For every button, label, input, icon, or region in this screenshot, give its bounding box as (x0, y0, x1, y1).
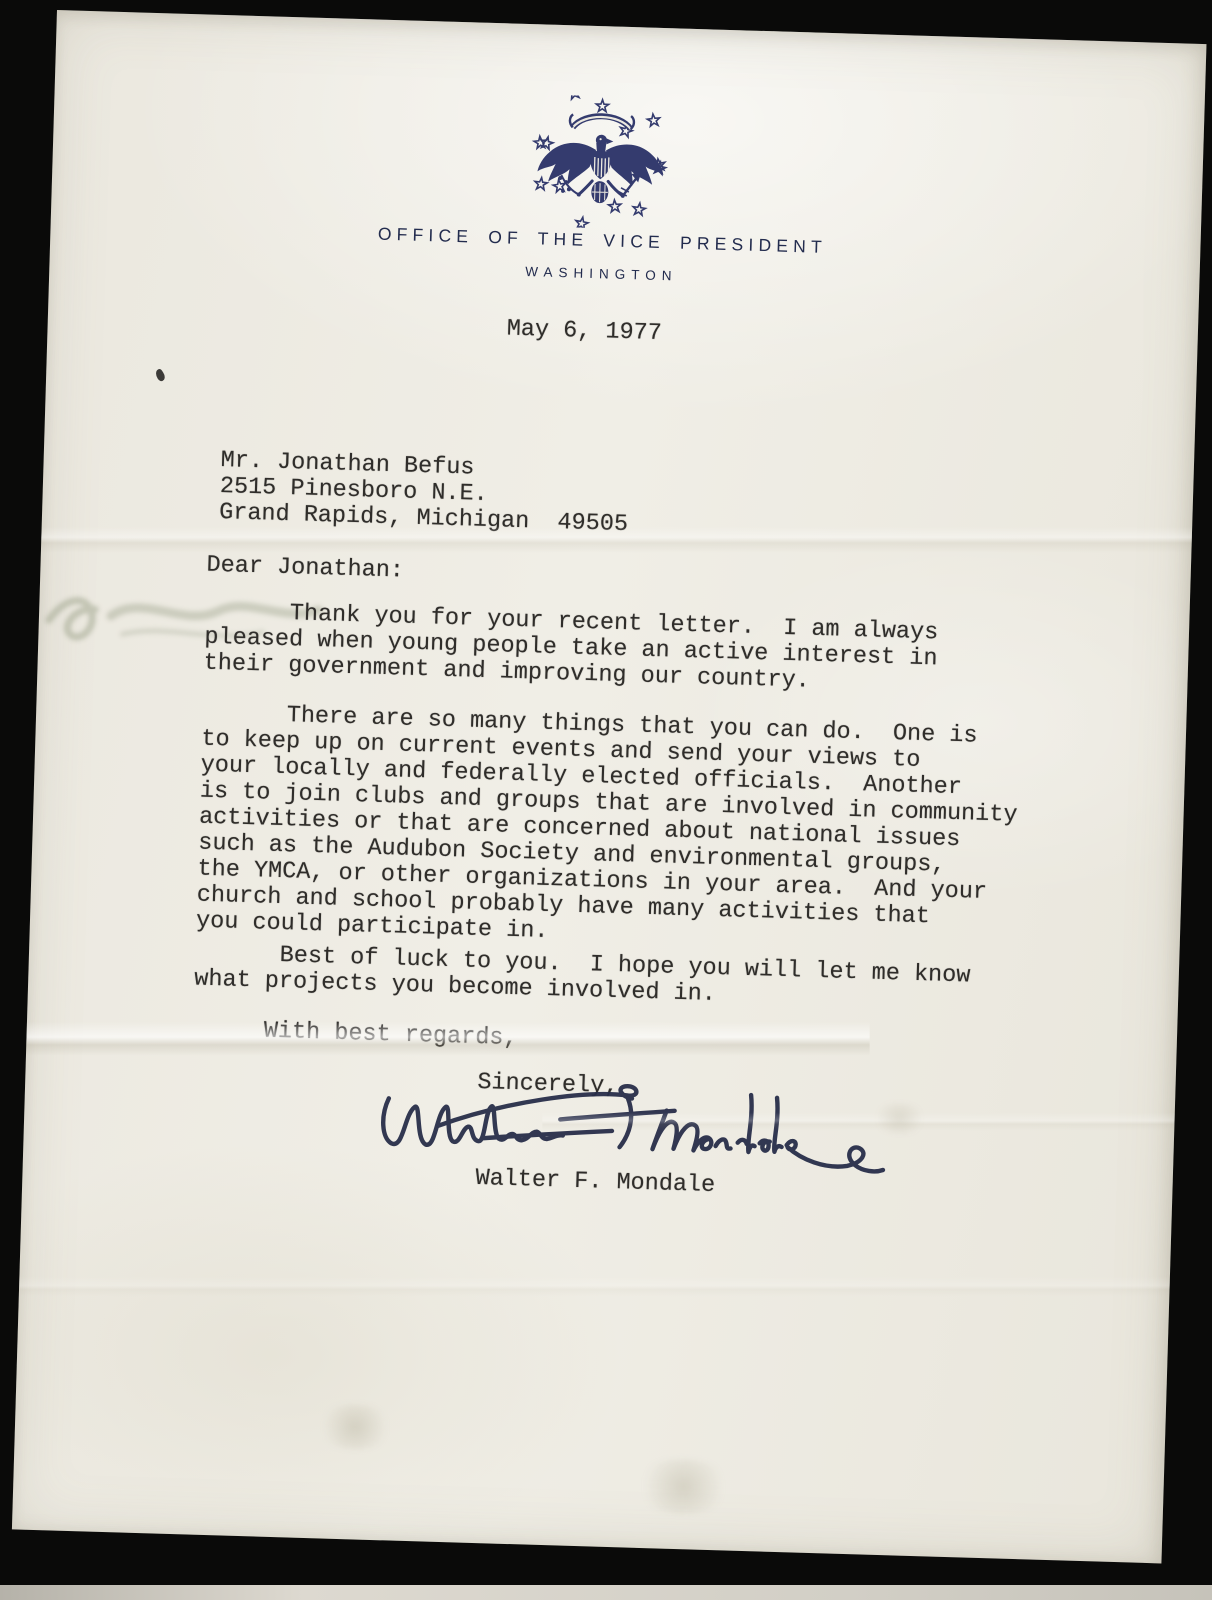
letter-paper: OFFICE OF THE VICE PRESIDENT WASHINGTON … (12, 10, 1207, 1563)
recipient-address: Mr. Jonathan Befus 2515 Pinesboro N.E. G… (57, 10, 1206, 44)
ink-speck (154, 368, 167, 382)
typed-signature-name: Walter F. Mondale (475, 1166, 715, 1199)
scanner-bed-edge (0, 1585, 1212, 1600)
body-paragraph-1: Thank you for your recent letter. I am a… (57, 10, 1206, 44)
paper-crease (12, 1277, 1189, 1297)
paper-smudge (633, 1458, 735, 1516)
scanned-letter-page: OFFICE OF THE VICE PRESIDENT WASHINGTON … (0, 0, 1212, 1600)
letterhead-city-line: WASHINGTON (525, 264, 678, 284)
body-paragraph-3: Best of luck to you. I hope you will let… (57, 10, 1206, 44)
vice-president-seal-icon (524, 94, 678, 230)
closing-regards-line: With best regards, (263, 1019, 518, 1053)
date-line: May 6, 1977 (506, 316, 662, 347)
recipient-address-line: Grand Rapids, Michigan 49505 (219, 500, 629, 538)
body-paragraph-2: There are so many things that you can do… (57, 10, 1206, 44)
paper-smudge (314, 1403, 395, 1450)
letterhead-office-line: OFFICE OF THE VICE PRESIDENT (378, 224, 828, 258)
